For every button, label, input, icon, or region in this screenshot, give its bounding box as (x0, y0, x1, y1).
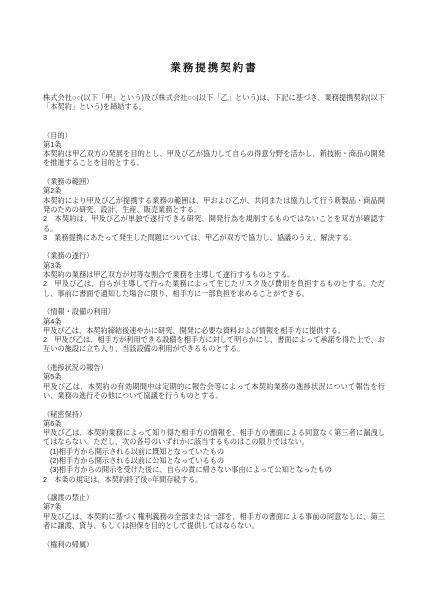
article-number: 第1条 (43, 140, 385, 149)
contract-intro-paragraph: 株式会社○○(以下「甲」という)及び株式会社○○(以下「乙」という)は、下記に基… (43, 93, 385, 112)
section-business-execution: （業務の遂行） 第3条 本契約の業務は甲乙双方が対等な割合で業務を主導して遂行す… (43, 251, 385, 297)
section-heading: （権利の帰属） (43, 540, 385, 549)
section-rights-attribution: （権利の帰属） (43, 540, 385, 549)
section-heading: （譲渡の禁止） (43, 493, 385, 502)
article-number: 第4条 (43, 317, 385, 326)
clause-text: 本契約により甲及び乙が提携する業務の範囲は、甲および乙が、共同または協力して行う… (43, 196, 385, 215)
section-heading: （目的） (43, 131, 385, 140)
article-number: 第7条 (43, 502, 385, 511)
clause-text: 2 本条の規定は、本契約終了後○年間存続する。 (43, 475, 385, 484)
section-business-scope: （業務の範囲） 第2条 本契約により甲及び乙が提携する業務の範囲は、甲および乙が… (43, 177, 385, 242)
section-heading: （業務の遂行） (43, 251, 385, 260)
section-information-equipment: （情報・設備の利用） 第4条 甲及び乙は、本契約締結後速やかに研究、開発に必要な… (43, 307, 385, 353)
clause-text: 甲及び乙は、本契約に基づく権利義務の全部または一部を、相手方の書面による事前の同… (43, 512, 385, 531)
clause-list-item: (2)相手方から開示される以前に公知となっているもの (43, 456, 385, 465)
section-heading: （秘密保持） (43, 410, 385, 419)
section-confidentiality: （秘密保持） 第6条 甲及び乙は、本契約業務によって知り得た相手方の情報を、相手… (43, 410, 385, 484)
clause-text: 2 本契約は、甲及び乙が単独で遂行できる研究、開発行為を規制するものではないこと… (43, 214, 385, 233)
clause-list-item: (3)相手方からの開示を受けた後に、自らの責に帰さない事由によって公知となったも… (43, 465, 385, 474)
article-number: 第3条 (43, 261, 385, 270)
section-no-assignment: （譲渡の禁止） 第7条 甲及び乙は、本契約に基づく権利義務の全部または一部を、相… (43, 493, 385, 530)
clause-text: 甲及び乙は、本契約業務によって知り得た相手方の情報を、相手方の書面による同意なく… (43, 428, 385, 447)
contract-document-page: 業務提携契約書 株式会社○○(以下「甲」という)及び株式会社○○(以下「乙」とい… (0, 0, 425, 600)
section-heading: （業務の範囲） (43, 177, 385, 186)
clause-text: 2 甲及び乙は、自らが主導して行った業務によって生じたリスク及び費用を負担するも… (43, 279, 385, 298)
clause-text: 2 甲及び乙は、相手方が利用できる設備を相手方に対して明らかにし、書面によって承… (43, 335, 385, 354)
article-number: 第2条 (43, 186, 385, 195)
document-title: 業務提携契約書 (43, 60, 385, 75)
article-number: 第5条 (43, 372, 385, 381)
clause-text: 甲及び乙は、本契約の有効期間中は定期的に報告会等によって本契約業務の進捗状況につ… (43, 382, 385, 401)
clause-text: 甲及び乙は、本契約締結後速やかに研究、開発に必要な資料および情報を相手方に提供す… (43, 326, 385, 335)
clause-text: 3 業務提携にあたって発生した問題については、甲乙が双方で協力し、協議のうえ、解… (43, 233, 385, 242)
section-progress-report: （進捗状況の報告） 第5条 甲及び乙は、本契約の有効期間中は定期的に報告会等によ… (43, 363, 385, 400)
clause-text: 本契約は甲乙双方の発展を目的とし、甲及び乙が協力して自らの得意分野を活かし、新技… (43, 149, 385, 168)
article-number: 第6条 (43, 419, 385, 428)
clause-text: 本契約の業務は甲乙双方が対等な割合で業務を主導して遂行するものとする。 (43, 270, 385, 279)
section-purpose: （目的） 第1条 本契約は甲乙双方の発展を目的とし、甲及び乙が協力して自らの得意… (43, 131, 385, 168)
clause-list-item: (1)相手方から開示される以前に既知となっていたもの (43, 447, 385, 456)
section-heading: （情報・設備の利用） (43, 307, 385, 316)
section-heading: （進捗状況の報告） (43, 363, 385, 372)
